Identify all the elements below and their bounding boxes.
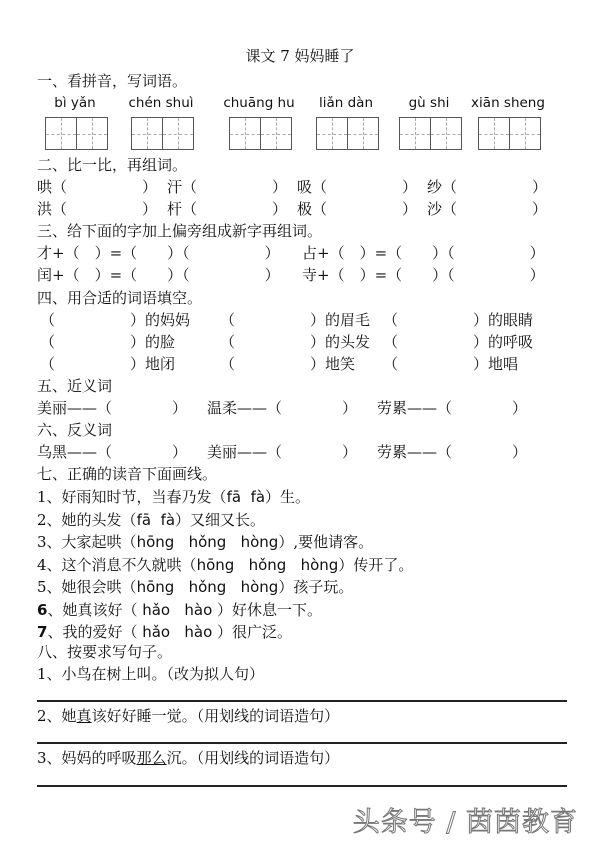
radical-item[interactable]: 寺+（ ）=（ ）（ ） — [302, 264, 545, 285]
tianzige-box[interactable] — [131, 117, 194, 150]
fill-blank-item[interactable]: （ ）地闭 — [40, 353, 175, 374]
tianzige-cell[interactable] — [76, 118, 107, 149]
pronunciation-item: 4、这个消息不久就哄（hōng hǒng hòng）传开了。 — [37, 554, 413, 575]
compare-item[interactable]: 吸（ ） — [297, 176, 417, 197]
tianzige-cell[interactable] — [46, 118, 76, 149]
pinyin-label: chén shuì — [128, 95, 193, 111]
item-number: 5 — [37, 578, 47, 596]
item-number: 3 — [37, 533, 47, 551]
word-pair-item[interactable]: 劳累——（ ） — [377, 397, 527, 418]
word-pair-item[interactable]: 劳累——（ ） — [377, 441, 527, 462]
pronunciation-item: 1、好雨知时节，当春乃发（fā fà）生。 — [37, 486, 310, 507]
compare-item[interactable]: 极（ ） — [297, 198, 417, 219]
pinyin-options[interactable]: hōng hǒng hòng — [197, 556, 339, 574]
tianzige-box[interactable] — [316, 117, 379, 150]
tianzige-cell[interactable] — [260, 118, 291, 149]
tianzige-cell[interactable] — [132, 118, 162, 149]
tianzige-box[interactable] — [399, 117, 462, 150]
item-text-end: ）传开了。 — [338, 556, 413, 574]
pinyin-label: liǎn dàn — [319, 95, 373, 111]
compare-item[interactable]: 沙（ ） — [427, 198, 547, 219]
tianzige-box[interactable] — [229, 117, 292, 150]
pinyin-options[interactable]: fā fà — [137, 511, 175, 529]
pinyin-label: chuāng hu — [223, 95, 294, 111]
section-8-heading: 八、按要求写句子。 — [37, 641, 172, 662]
fill-blank-item[interactable]: （ ）的呼吸 — [383, 331, 533, 352]
pronunciation-item: 6、她真该好（ hǎo hào ）好休息一下。 — [37, 599, 322, 620]
item-text-end: ）,要他请客。 — [278, 533, 373, 551]
pinyin-options[interactable]: hǎo hào — [142, 623, 212, 641]
fill-blank-item[interactable]: （ ）的头发 — [220, 331, 370, 352]
item-number: 1 — [37, 488, 47, 506]
pinyin-label: xiān sheng — [471, 95, 545, 111]
tianzige-cell[interactable] — [479, 118, 509, 149]
q3-underlined-word: 那么 — [137, 749, 167, 767]
answer-line-3[interactable] — [37, 785, 567, 787]
fill-blank-item[interactable]: （ ）地笑 — [220, 353, 355, 374]
tianzige-cell[interactable] — [347, 118, 378, 149]
pinyin-label: bì yǎn — [54, 95, 95, 111]
item-number: 7 — [37, 623, 47, 641]
fill-blank-item[interactable]: （ ）的妈妈 — [40, 309, 190, 330]
sentence-question-3: 3、妈妈的呼吸那么沉。（用划线的词语造句） — [37, 747, 339, 768]
q3-suffix: 沉。（用划线的词语造句） — [167, 749, 340, 767]
word-pair-item[interactable]: 美丽——（ ） — [207, 441, 357, 462]
answer-line-2[interactable] — [37, 742, 567, 744]
item-number: 2 — [37, 511, 47, 529]
pronunciation-item: 3、大家起哄（hōng hǒng hòng）,要他请客。 — [37, 531, 373, 552]
pinyin-options[interactable]: hōng hǒng hòng — [137, 578, 279, 596]
radical-item[interactable]: 占+（ ）=（ ）（ ） — [302, 242, 545, 263]
answer-line-1[interactable] — [37, 700, 567, 702]
item-number: 4 — [37, 556, 47, 574]
sentence-question-2: 2、她真该好好睡一觉。（用划线的词语造句） — [37, 705, 339, 726]
radical-item[interactable]: 闰+（ ）=（ ）（ ） — [37, 264, 280, 285]
compare-item[interactable]: 纱（ ） — [427, 176, 547, 197]
item-text: 、大家起哄（ — [47, 533, 137, 551]
item-text-end: ）又细又长。 — [175, 511, 265, 529]
watermark: 头条号 / 茵茵教育 — [353, 800, 578, 839]
item-text: 、好雨知时节，当春乃发（ — [47, 488, 227, 506]
section-1-heading: 一、看拼音，写词语。 — [37, 70, 187, 91]
fill-blank-item[interactable]: （ ）的眉毛 — [220, 309, 370, 330]
item-text: 、这个消息不久就哄（ — [47, 556, 197, 574]
fill-blank-item[interactable]: （ ）的眼睛 — [383, 309, 533, 330]
pronunciation-item: 7、我的爱好（ hǎo hào ）很广泛。 — [37, 621, 292, 642]
pinyin-options[interactable]: hōng hǒng hòng — [137, 533, 279, 551]
pronunciation-item: 2、她的头发（fā fà）又细又长。 — [37, 509, 265, 530]
item-text: 、她很会哄（ — [47, 578, 137, 596]
item-text: 、她真该好（ — [47, 601, 142, 619]
section-6-heading: 六、反义词 — [37, 419, 112, 440]
pronunciation-item: 5、她很会哄（hōng hǒng hòng）孩子玩。 — [37, 576, 353, 597]
section-5-heading: 五、近义词 — [37, 375, 112, 396]
pinyin-options[interactable]: fā fà — [227, 488, 265, 506]
radical-item[interactable]: 才+（ ）=（ ）（ ） — [37, 242, 280, 263]
tianzige-box[interactable] — [478, 117, 541, 150]
section-7-heading: 七、正确的读音下面画线。 — [37, 463, 217, 484]
word-pair-item[interactable]: 乌黑——（ ） — [37, 441, 187, 462]
pinyin-label: gù shi — [409, 95, 450, 111]
tianzige-cell[interactable] — [400, 118, 430, 149]
page-title: 课文 7 妈妈睡了 — [0, 45, 600, 66]
pinyin-options[interactable]: hǎo hào — [142, 601, 212, 619]
tianzige-box[interactable] — [45, 117, 108, 150]
tianzige-cell[interactable] — [509, 118, 540, 149]
compare-item[interactable]: 杆（ ） — [167, 198, 287, 219]
tianzige-cell[interactable] — [317, 118, 347, 149]
item-number: 6 — [37, 601, 47, 619]
fill-blank-item[interactable]: （ ）地唱 — [383, 353, 518, 374]
item-text-end: ）很广泛。 — [212, 623, 292, 641]
compare-item[interactable]: 洪（ ） — [37, 198, 157, 219]
compare-item[interactable]: 汗（ ） — [167, 176, 287, 197]
item-text: 、她的头发（ — [47, 511, 137, 529]
fill-blank-item[interactable]: （ ）的脸 — [40, 331, 175, 352]
word-pair-item[interactable]: 温柔——（ ） — [207, 397, 357, 418]
word-pair-item[interactable]: 美丽——（ ） — [37, 397, 187, 418]
q3-prefix: 3、妈妈的呼吸 — [37, 749, 137, 767]
item-text: 、我的爱好（ — [47, 623, 142, 641]
tianzige-cell[interactable] — [430, 118, 461, 149]
sentence-question-1: 1、小鸟在树上叫。（改为拟人句） — [37, 663, 264, 684]
compare-item[interactable]: 哄（ ） — [37, 176, 157, 197]
tianzige-cell[interactable] — [230, 118, 260, 149]
item-text-end: ）孩子玩。 — [278, 578, 353, 596]
tianzige-cell[interactable] — [162, 118, 193, 149]
section-3-heading: 三、给下面的字加上偏旁组成新字再组词。 — [37, 220, 322, 241]
item-text-end: ）好休息一下。 — [212, 601, 322, 619]
item-text-end: ）生。 — [265, 488, 310, 506]
q2-suffix: 该好好睡一觉。（用划线的词语造句） — [92, 707, 340, 725]
section-4-heading: 四、用合适的词语填空。 — [37, 287, 202, 308]
q2-underlined-word: 真 — [77, 707, 92, 725]
q2-prefix: 2、她 — [37, 707, 77, 725]
section-2-heading: 二、比一比，再组词。 — [37, 154, 187, 175]
